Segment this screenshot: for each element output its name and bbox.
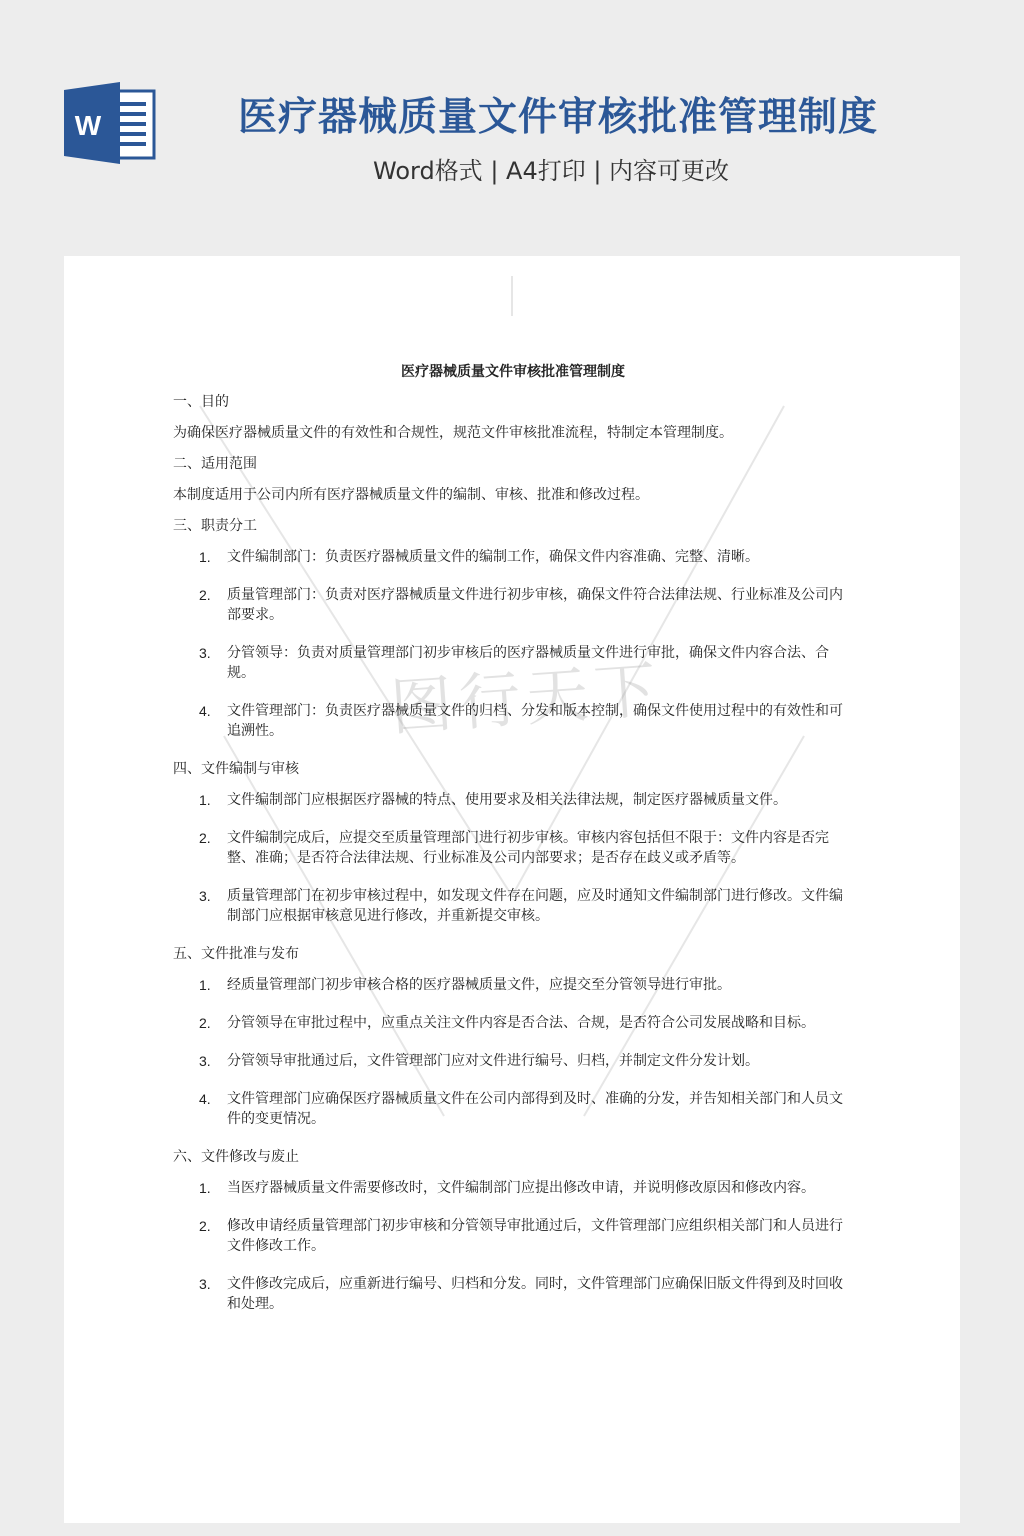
section-heading: 二、适用范围 xyxy=(173,454,853,474)
list-item: 3.质量管理部门在初步审核过程中，如发现文件存在问题，应及时通知文件编制部门进行… xyxy=(173,886,853,926)
list-text: 经质量管理部门初步审核合格的医疗器械质量文件，应提交至分管领导进行审批。 xyxy=(227,977,731,993)
list-number: 2. xyxy=(199,1216,211,1236)
list-text: 分管领导在审批过程中，应重点关注文件内容是否合法、合规，是否符合公司发展战略和目… xyxy=(227,1015,815,1031)
list-item: 1.经质量管理部门初步审核合格的医疗器械质量文件，应提交至分管领导进行审批。 xyxy=(173,975,853,995)
list-number: 2. xyxy=(199,585,211,605)
list-number: 3. xyxy=(199,886,211,906)
list-item: 2.文件编制完成后，应提交至质量管理部门进行初步审核。审核内容包括但不限于：文件… xyxy=(173,828,853,868)
list-item: 3.文件修改完成后，应重新进行编号、归档和分发。同时，文件管理部门应确保旧版文件… xyxy=(173,1274,853,1314)
revision-abolition-list: 1.当医疗器械质量文件需要修改时，文件编制部门应提出修改申请，并说明修改原因和修… xyxy=(173,1178,853,1314)
list-number: 1. xyxy=(199,547,211,567)
list-text: 文件修改完成后，应重新进行编号、归档和分发。同时，文件管理部门应确保旧版文件得到… xyxy=(227,1276,843,1312)
word-document-icon: W xyxy=(64,82,156,164)
list-number: 4. xyxy=(199,701,211,721)
list-text: 文件管理部门应确保医疗器械质量文件在公司内部得到及时、准确的分发，并告知相关部门… xyxy=(227,1091,843,1127)
list-number: 1. xyxy=(199,790,211,810)
list-text: 文件编制部门应根据医疗器械的特点、使用要求及相关法律法规，制定医疗器械质量文件。 xyxy=(227,792,787,808)
list-text: 质量管理部门：负责对医疗器械质量文件进行初步审核，确保文件符合法律法规、行业标准… xyxy=(227,587,843,623)
banner-title: 医疗器械质量文件审核批准管理制度 xyxy=(238,94,888,142)
document-title: 医疗器械质量文件审核批准管理制度 xyxy=(173,362,853,382)
list-item: 3.分管领导：负责对质量管理部门初步审核后的医疗器械质量文件进行审批，确保文件内… xyxy=(173,643,853,683)
section-paragraph: 本制度适用于公司内所有医疗器械质量文件的编制、审核、批准和修改过程。 xyxy=(173,485,853,505)
drafting-review-list: 1.文件编制部门应根据医疗器械的特点、使用要求及相关法律法规，制定医疗器械质量文… xyxy=(173,790,853,926)
list-item: 1.文件编制部门：负责医疗器械质量文件的编制工作，确保文件内容准确、完整、清晰。 xyxy=(173,547,853,567)
section-paragraph: 为确保医疗器械质量文件的有效性和合规性，规范文件审核批准流程，特制定本管理制度。 xyxy=(173,423,853,443)
list-number: 2. xyxy=(199,828,211,848)
responsibility-list: 1.文件编制部门：负责医疗器械质量文件的编制工作，确保文件内容准确、完整、清晰。… xyxy=(173,547,853,741)
list-number: 1. xyxy=(199,975,211,995)
banner-header: W 医疗器械质量文件审核批准管理制度 Word格式 | A4打印 | 内容可更改 xyxy=(0,0,1024,256)
list-number: 3. xyxy=(199,1274,211,1294)
list-number: 4. xyxy=(199,1089,211,1109)
section-heading: 六、文件修改与废止 xyxy=(173,1147,853,1167)
list-number: 2. xyxy=(199,1013,211,1033)
list-text: 文件管理部门：负责医疗器械质量文件的归档、分发和版本控制，确保文件使用过程中的有… xyxy=(227,703,843,739)
banner-subtitle: Word格式 | A4打印 | 内容可更改 xyxy=(373,154,729,188)
section-heading: 三、职责分工 xyxy=(173,516,853,536)
list-text: 当医疗器械质量文件需要修改时，文件编制部门应提出修改申请，并说明修改原因和修改内… xyxy=(227,1180,815,1196)
list-item: 2.质量管理部门：负责对医疗器械质量文件进行初步审核，确保文件符合法律法规、行业… xyxy=(173,585,853,625)
list-text: 文件编制部门：负责医疗器械质量文件的编制工作，确保文件内容准确、完整、清晰。 xyxy=(227,549,759,565)
list-number: 3. xyxy=(199,643,211,663)
section-heading: 五、文件批准与发布 xyxy=(173,944,853,964)
list-number: 3. xyxy=(199,1051,211,1071)
section-heading: 四、文件编制与审核 xyxy=(173,759,853,779)
list-text: 修改申请经质量管理部门初步审核和分管领导审批通过后，文件管理部门应组织相关部门和… xyxy=(227,1218,843,1254)
list-item: 3.分管领导审批通过后，文件管理部门应对文件进行编号、归档，并制定文件分发计划。 xyxy=(173,1051,853,1071)
list-item: 1.文件编制部门应根据医疗器械的特点、使用要求及相关法律法规，制定医疗器械质量文… xyxy=(173,790,853,810)
list-text: 质量管理部门在初步审核过程中，如发现文件存在问题，应及时通知文件编制部门进行修改… xyxy=(227,888,843,924)
list-text: 分管领导：负责对质量管理部门初步审核后的医疗器械质量文件进行审批，确保文件内容合… xyxy=(227,645,829,681)
document-body: 医疗器械质量文件审核批准管理制度 一、目的 为确保医疗器械质量文件的有效性和合规… xyxy=(173,362,853,1332)
section-heading: 一、目的 xyxy=(173,392,853,412)
list-text: 分管领导审批通过后，文件管理部门应对文件进行编号、归档，并制定文件分发计划。 xyxy=(227,1053,759,1069)
list-item: 2.分管领导在审批过程中，应重点关注文件内容是否合法、合规，是否符合公司发展战略… xyxy=(173,1013,853,1033)
svg-text:W: W xyxy=(75,110,102,141)
list-item: 4.文件管理部门应确保医疗器械质量文件在公司内部得到及时、准确的分发，并告知相关… xyxy=(173,1089,853,1129)
approval-release-list: 1.经质量管理部门初步审核合格的医疗器械质量文件，应提交至分管领导进行审批。 2… xyxy=(173,975,853,1129)
list-number: 1. xyxy=(199,1178,211,1198)
list-item: 1.当医疗器械质量文件需要修改时，文件编制部门应提出修改申请，并说明修改原因和修… xyxy=(173,1178,853,1198)
list-item: 2.修改申请经质量管理部门初步审核和分管领导审批通过后，文件管理部门应组织相关部… xyxy=(173,1216,853,1256)
list-item: 4.文件管理部门：负责医疗器械质量文件的归档、分发和版本控制，确保文件使用过程中… xyxy=(173,701,853,741)
list-text: 文件编制完成后，应提交至质量管理部门进行初步审核。审核内容包括但不限于：文件内容… xyxy=(227,830,829,866)
